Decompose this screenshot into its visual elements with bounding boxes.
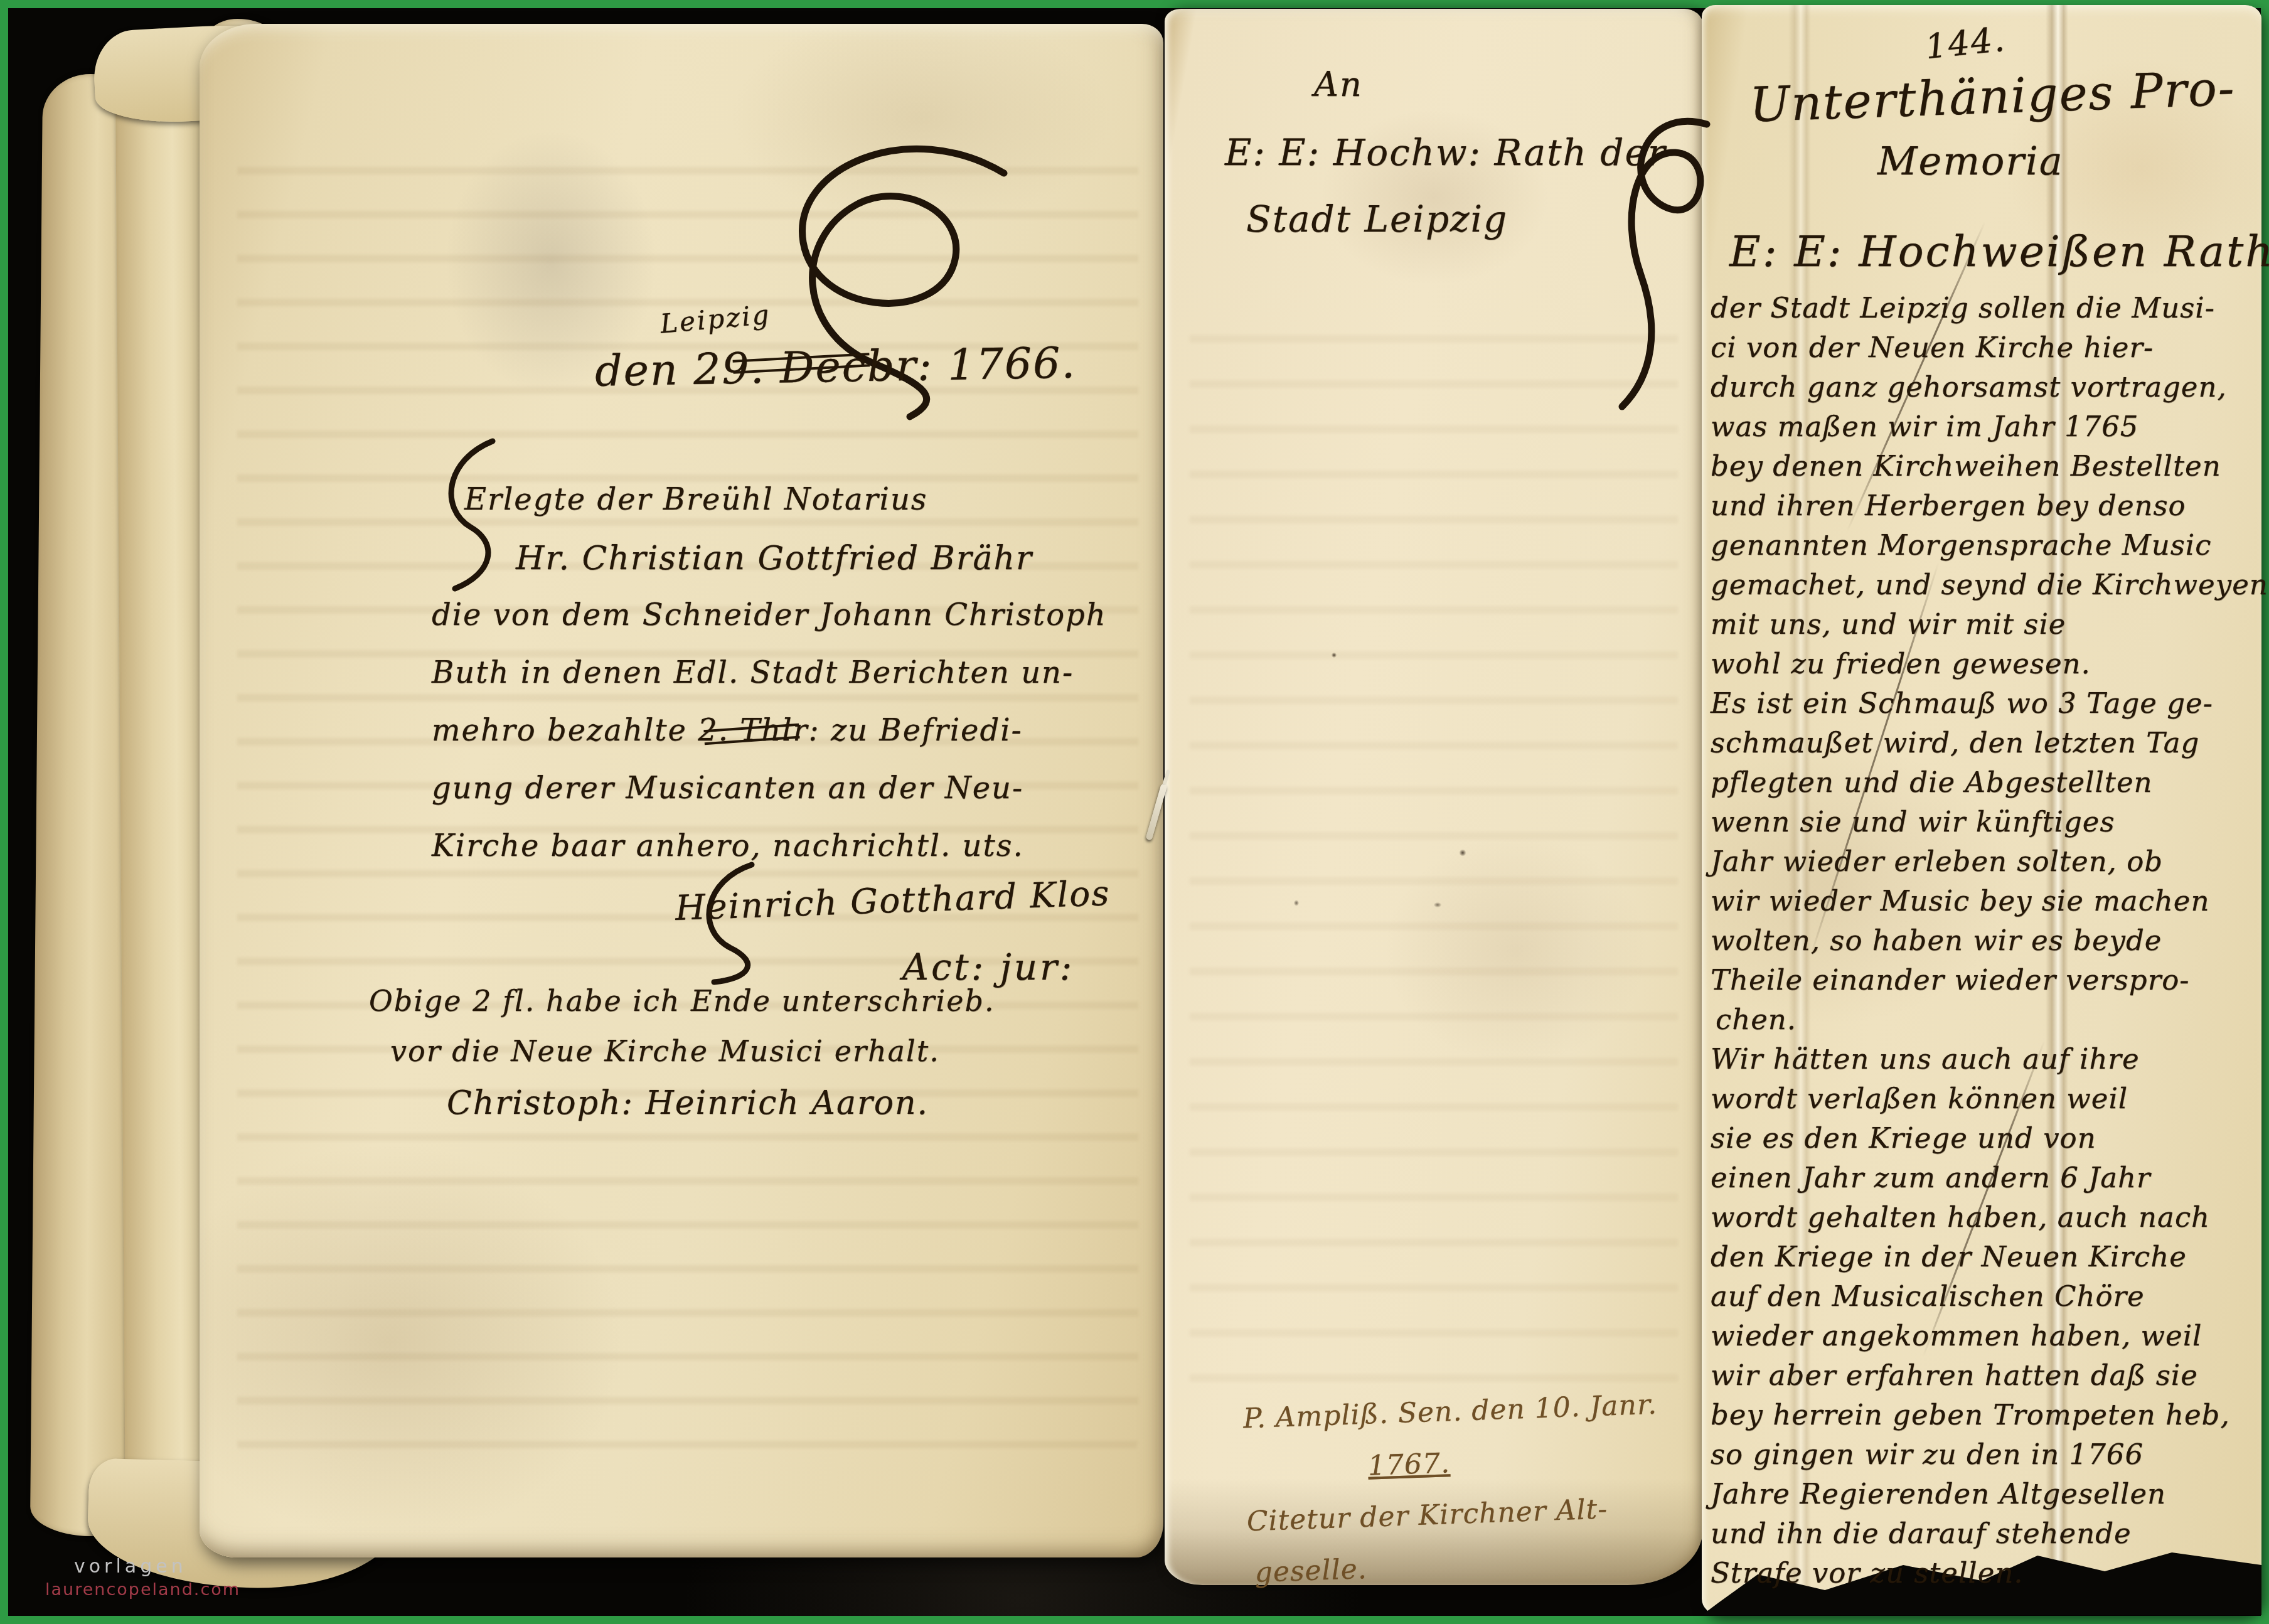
receipt-paragraph: Erlegte der Breühl NotariusHr. Christian… xyxy=(432,484,1107,889)
handwritten-line: Obige 2 fl. habe ich Ende unterschrieb. xyxy=(369,986,995,1037)
receipt-confirmation: Obige 2 fl. habe ich Ende unterschrieb.v… xyxy=(369,986,995,1137)
handwritten-line: Erlegte der Breühl Notarius xyxy=(464,484,1107,542)
handwritten-line: gemachet, und seynd die Kirchweyen xyxy=(1711,570,2268,610)
act-jur-note: Act: jur: xyxy=(902,949,1074,985)
handwritten-line: und ihn die darauf stehende xyxy=(1711,1519,2268,1559)
handwritten-line: mehro bezahlte 2. Thlr: zu Befriedi- xyxy=(432,715,1107,773)
petition-body: der Stadt Leipzig sollen die Musi-ci von… xyxy=(1711,294,2268,1598)
handwritten-line: und ihren Herbergen bey denso xyxy=(1711,491,2268,531)
handwritten-line: wohl zu frieden gewesen. xyxy=(1711,649,2268,689)
handwritten-line: was maßen wir im Jahr 1765 xyxy=(1711,412,2268,452)
handwritten-line: wolten, so haben wir es beyde xyxy=(1711,926,2268,966)
handwritten-line: An xyxy=(1314,68,1666,134)
registrar-annotation: P. Ampliß. Sen. den 10. Janr.1767.Citetu… xyxy=(1242,1391,1663,1611)
handwritten-line: Wir hätten uns auch auf ihre xyxy=(1711,1045,2268,1084)
handwritten-line: wenn sie und wir künftiges xyxy=(1711,808,2268,847)
folio-number: 144. xyxy=(1924,22,2007,64)
handwritten-line: Stadt Leipzig xyxy=(1246,201,1666,267)
handwritten-line: wordt gehalten haben, auch nach xyxy=(1711,1203,2268,1242)
handwritten-line: Buth in denen Edl. Stadt Berichten un- xyxy=(432,658,1107,715)
handwritten-line: bey denen Kirchweihen Bestellten xyxy=(1711,452,2268,491)
handwritten-line: den Kriege in der Neuen Kirche xyxy=(1711,1242,2268,1282)
handwritten-line: vor die Neue Kirche Musici erhalt. xyxy=(390,1037,995,1087)
handwritten-line: durch ganz gehorsamst vortragen, xyxy=(1711,373,2268,412)
watermark-text: vorlagen xyxy=(74,1557,187,1576)
handwritten-line: wir wieder Music bey sie machen xyxy=(1711,887,2268,926)
handwritten-line: Jahre Regierenden Altgesellen xyxy=(1711,1480,2268,1519)
handwritten-line: Christoph: Heinrich Aaron. xyxy=(447,1087,995,1137)
handwritten-line: genannten Morgensprache Music xyxy=(1711,531,2268,570)
handwritten-line: auf den Musicalischen Chöre xyxy=(1711,1282,2268,1322)
manuscript-scan: { "document": { "type": "handwritten-arc… xyxy=(0,0,2269,1624)
handwritten-line: E: E: Hochw: Rath der xyxy=(1225,134,1666,201)
handwritten-line: die von dem Schneider Johann Christoph xyxy=(432,600,1107,658)
handwritten-line: ci von der Neuen Kirche hier- xyxy=(1711,333,2268,373)
handwritten-line: chen. xyxy=(1716,1005,2268,1045)
handwritten-line: gung derer Musicanten an der Neu- xyxy=(432,773,1107,831)
handwritten-line: Hr. Christian Gottfried Brähr xyxy=(516,542,1107,600)
handwritten-line: bey herrein geben Trompeten heb, xyxy=(1711,1401,2268,1440)
handwritten-line: sie es den Kriege und von xyxy=(1711,1124,2268,1163)
handwritten-line: Es ist ein Schmauß wo 3 Tage ge- xyxy=(1711,689,2268,729)
address-block: AnE: E: Hochw: Rath derStadt Leipzig xyxy=(1225,68,1666,267)
handwritten-line: schmaußet wird, den letzten Tag xyxy=(1711,729,2268,768)
handwritten-line: der Stadt Leipzig sollen die Musi- xyxy=(1711,294,2268,333)
handwritten-line: wordt verlaßen können weil xyxy=(1711,1084,2268,1124)
handwritten-line: Strafe vor zu stellen. xyxy=(1711,1559,2268,1598)
memoria-title-line2: Memoria xyxy=(1877,142,2064,181)
handwritten-line: mit uns, und wir mit sie xyxy=(1711,610,2268,649)
handwritten-line: pflegten und die Abgestellten xyxy=(1711,768,2268,808)
salutation-line: E: E: Hochweißen Rathe xyxy=(1729,231,2269,274)
handwritten-line: einen Jahr zum andern 6 Jahr xyxy=(1711,1163,2268,1203)
handwritten-line: wieder angekommen haben, weil xyxy=(1711,1322,2268,1361)
handwritten-line: so gingen wir zu den in 1766 xyxy=(1711,1440,2268,1480)
handwritten-line: Theile einander wieder verspro- xyxy=(1711,966,2268,1005)
handwritten-line: wir aber erfahren hatten daß sie xyxy=(1711,1361,2268,1401)
handwritten-line: Jahr wieder erleben solten, ob xyxy=(1711,847,2268,887)
watermark-url: laurencopeland.com xyxy=(45,1581,240,1598)
